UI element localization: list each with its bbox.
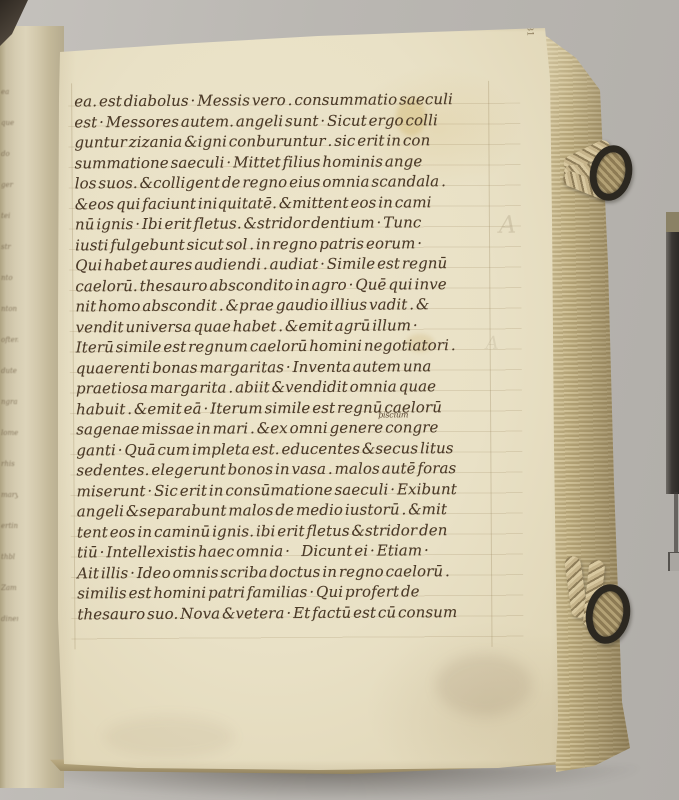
manuscript-line: ganti · Quā cum impleta est. educentes &… bbox=[76, 437, 536, 460]
edge-object-cap bbox=[666, 212, 679, 232]
manuscript-line: similis est homini patri familias · Qui … bbox=[77, 581, 537, 604]
manuscript-line: summatione saeculi · Mittet filius homin… bbox=[74, 150, 534, 173]
left-page-text-fragments: eaquedogerteistrntontonoftendutengratlom… bbox=[1, 88, 21, 623]
manuscript-line: sedentes. elegerunt bonos in vasa . malo… bbox=[76, 458, 536, 481]
text-fragment: tei bbox=[1, 212, 18, 220]
manuscript-line: iusti fulgebunt sicut sol . in regno pat… bbox=[75, 232, 535, 255]
manuscript-line: ea. est diabolus · Messis vero . consumm… bbox=[74, 89, 534, 112]
manuscript-line: vendit universa quae habet . &emit agrū … bbox=[75, 314, 535, 337]
text-fragment: Zam bbox=[1, 584, 18, 592]
text-fragment: lome bbox=[1, 429, 18, 437]
writing-area: ea. est diabolus · Messis vero . consumm… bbox=[16, 16, 587, 781]
edge-object bbox=[666, 212, 679, 494]
latin-text-block: ea. est diabolus · Messis vero . consumm… bbox=[74, 89, 537, 625]
text-fragment: often bbox=[1, 336, 18, 344]
manuscript-line: thesauro suo. Nova &vetera · Et factū es… bbox=[77, 601, 537, 624]
manuscript-line: tiū · Intellexistis haec omnia · Dicunt … bbox=[77, 540, 537, 563]
text-fragment: ea bbox=[1, 88, 18, 96]
text-fragment: mary bbox=[1, 491, 18, 499]
manuscript-line: caelorū. thesauro abscondito in agro · Q… bbox=[75, 273, 535, 296]
manuscript-line: praetiosa margarita . abiit &vendidit om… bbox=[76, 376, 536, 399]
show-through-letter: A bbox=[486, 333, 499, 354]
folio-number: 81 bbox=[524, 26, 534, 37]
text-fragment: do bbox=[1, 150, 18, 158]
show-through-letter: A bbox=[499, 211, 517, 239]
text-fragment: que bbox=[1, 119, 18, 127]
manuscript-line: tent eos in caminū ignis. ibi erit fletu… bbox=[77, 519, 537, 542]
interlinear-gloss: piscium bbox=[378, 410, 408, 419]
manuscript-line: Ait illis · Ideo omnis scriba doctus in … bbox=[77, 560, 537, 583]
text-fragment: ertin bbox=[1, 522, 18, 530]
manuscript-line: guntur zizania &igni conburuntur . sic e… bbox=[74, 130, 534, 153]
text-fragment: dute bbox=[1, 367, 18, 375]
manuscript-line: &eos qui faciunt iniquitatē. &mittent eo… bbox=[75, 191, 535, 214]
manuscript-line: quaerenti bonas margaritas · Inventa aut… bbox=[76, 355, 536, 378]
manuscript-line: habuit . &emit eā · Iterum simile est re… bbox=[76, 396, 536, 419]
text-fragment: ngrat bbox=[1, 398, 18, 406]
bottom-clasp-strap bbox=[558, 558, 648, 644]
top-clasp-strap bbox=[562, 140, 652, 226]
manuscript-line: los suos. &colligent de regno eius omnia… bbox=[75, 171, 535, 194]
manuscript-page: ea. est diabolus · Messis vero . consumm… bbox=[18, 18, 584, 780]
facing-page-edge: eaquedogerteistrntontonoftendutengratlom… bbox=[0, 26, 64, 788]
manuscript-line: Qui habet aures audiendi . audiat · Simi… bbox=[75, 253, 535, 276]
text-fragment: dinem bbox=[1, 615, 18, 623]
manuscript-line: miserunt · Sic erit in consūmatione saec… bbox=[76, 478, 536, 501]
edge-object-tail bbox=[674, 492, 678, 554]
edge-object-nub bbox=[668, 552, 679, 571]
manuscript-line: nū ignis · Ibi erit fletus. &stridor den… bbox=[75, 212, 535, 235]
manuscript-line: sagenae missae in mari . &ex omni genere… bbox=[76, 417, 536, 440]
manuscript-photo: eaquedogerteistrntontonoftendutengratlom… bbox=[0, 0, 679, 800]
text-fragment: nton bbox=[1, 305, 18, 313]
text-fragment: rhis bbox=[1, 460, 18, 468]
manuscript-line: nit homo abscondit . &prae gaudio illius… bbox=[75, 294, 535, 317]
text-fragment: thbl bbox=[1, 553, 18, 561]
manuscript-line: Iterū simile est regnum caelorū homini n… bbox=[76, 335, 536, 358]
text-fragment: str bbox=[1, 243, 18, 251]
text-fragment: nto bbox=[1, 274, 18, 282]
text-fragment: ger bbox=[1, 181, 18, 189]
manuscript-line: angeli &separabunt malos de medio iustor… bbox=[77, 499, 537, 522]
manuscript-line: est · Messores autem. angeli sunt · Sicu… bbox=[74, 109, 534, 132]
